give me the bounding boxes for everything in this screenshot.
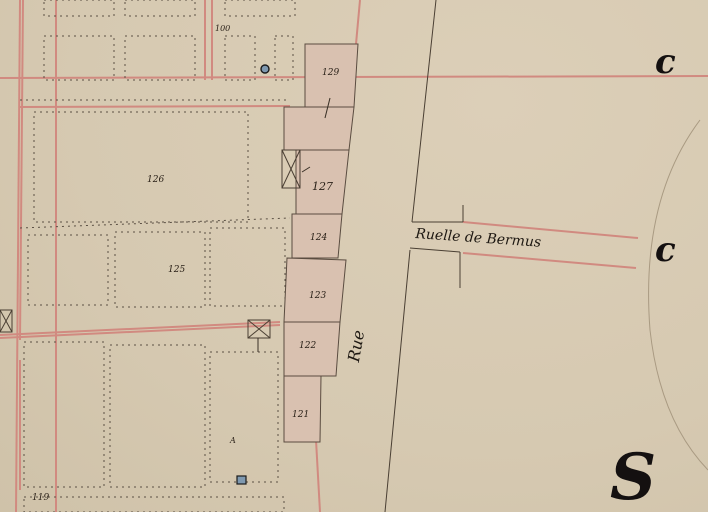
fountain-square-icon bbox=[237, 476, 246, 484]
large-letter-s: S bbox=[610, 440, 656, 512]
well-circle-icon bbox=[261, 65, 269, 73]
cadastral-map: 129 127 124 123 122 121 100 126 125 119 … bbox=[0, 0, 708, 512]
block-label-100: 100 bbox=[215, 24, 230, 33]
parcel-label-124: 124 bbox=[310, 233, 327, 243]
parcel-label-121: 121 bbox=[292, 410, 309, 420]
parcel-label-123: 123 bbox=[309, 291, 326, 301]
block-label-119: 119 bbox=[32, 493, 49, 503]
block-label-126: 126 bbox=[147, 175, 164, 185]
block-label-a: A bbox=[230, 436, 236, 445]
block-label-125: 125 bbox=[168, 265, 185, 275]
parcel-label-122: 122 bbox=[299, 341, 316, 351]
large-letter-c-middle: c bbox=[655, 230, 676, 270]
parcel-label-129: 129 bbox=[322, 68, 339, 78]
large-letter-c-top: c bbox=[655, 42, 676, 82]
parcel-shapes bbox=[284, 44, 358, 442]
parcel-label-127: 127 bbox=[312, 180, 333, 193]
map-drawing bbox=[0, 0, 708, 512]
